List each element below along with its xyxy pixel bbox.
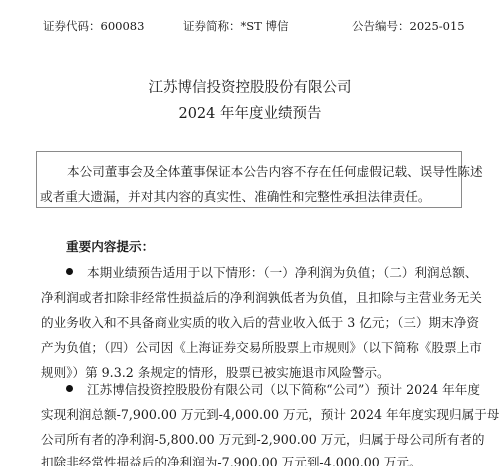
bullet-2-line-1: 江苏博信投资控股股份有限公司（以下简称“公司”）预计 2024 年年度 (66, 379, 480, 398)
bullet-2-line-4: 扣除非经常性损益后的净利润为-7,900.00 万元到-4,000.00 万元。 (41, 452, 422, 466)
bullet-1-line-4: 产为负值；（四）公司因《上海证券交易所股票上市规则》（以下简称《股票上市 (41, 337, 482, 356)
company-title: 江苏博信投资控股股份有限公司 (0, 76, 500, 97)
report-title: 2024 年年度业绩预告 (0, 102, 500, 123)
disclaimer-line-1: 本公司董事会及全体董事保证本公告内容不存在任何虚假记载、误导性陈述 (67, 161, 483, 180)
bullet-2-line-3: 公司所有者的净利润-5,800.00 万元到-2,900.00 万元，归属于母公… (41, 429, 485, 448)
bullet-1-line-2: 净利润或者扣除非经常性损益后的净利润孰低者为负值，且扣除与主营业务无关 (41, 287, 482, 306)
bullet-1-line-1: 本期业绩预告适用于以下情形：（一）净利润为负值；（二）利润总额、 (66, 262, 477, 281)
bullet-text: 江苏博信投资控股股份有限公司（以下简称“公司”）预计 2024 年年度 (87, 382, 480, 397)
stock-name: 证券简称：*ST 博信 (183, 18, 288, 34)
document-header: 证券代码：600083 证券简称：*ST 博信 公告编号：2025-015 (0, 18, 500, 34)
bullet-1-line-3: 的业务收入和不具备商业实质的收入后的营业收入低于 3 亿元；（三）期末净资 (41, 312, 479, 331)
bullet-icon (66, 268, 73, 275)
stock-code: 证券代码：600083 (43, 18, 144, 34)
bullet-2-line-2: 实现利润总额-7,900.00 万元到-4,000.00 万元，预计 2024 … (41, 404, 499, 423)
highlights-heading: 重要内容提示： (66, 236, 154, 255)
announcement-number: 公告编号：2025-015 (352, 18, 465, 34)
bullet-icon (66, 385, 73, 392)
disclaimer-line-2: 或者重大遗漏，并对其内容的真实性、准确性和完整性承担法律责任。 (40, 186, 430, 205)
disclaimer-box: 本公司董事会及全体董事保证本公告内容不存在任何虚假记载、误导性陈述 或者重大遗漏… (36, 151, 462, 208)
bullet-text: 本期业绩预告适用于以下情形：（一）净利润为负值；（二）利润总额、 (87, 265, 477, 280)
